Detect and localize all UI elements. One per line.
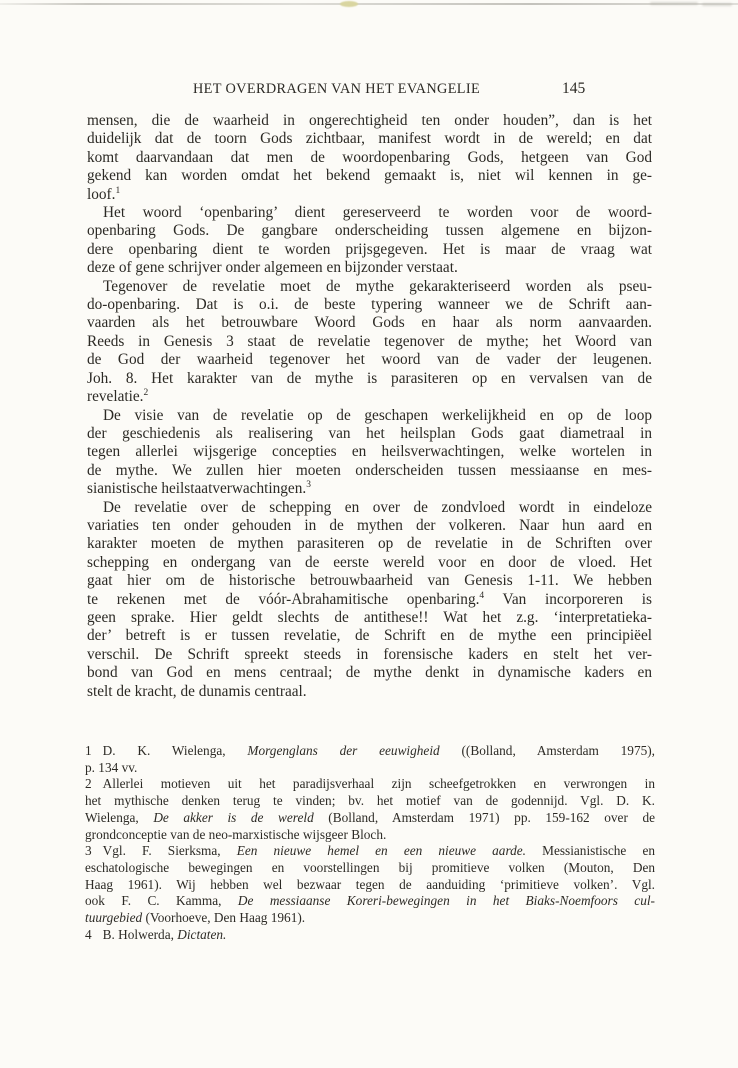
text-line: vaarden als het betrouwbare Woord Gods e… — [87, 314, 652, 332]
text-line: p. 134 vv. — [85, 760, 655, 777]
scan-edge-line — [0, 3, 738, 5]
paragraph: Tegenover de revelatie moet de mythe gek… — [87, 278, 652, 407]
text-line: der geschiedenis als realisering van het… — [87, 425, 652, 443]
text-line: ook F. C. Kamma, De messiaanse Koreri-be… — [85, 893, 655, 910]
text-line: gaat hier om de historische betrouwbaarh… — [87, 572, 652, 590]
book-page: HET OVERDRAGEN VAN HET EVANGELIE 145 men… — [0, 0, 738, 1068]
text-line: deze of gene schrijver onder algemeen en… — [87, 259, 652, 277]
italic-text: De messiaanse Koreri-bewegingen in het B… — [238, 893, 655, 908]
text-line: gekend kan worden omdat het bekend gemaa… — [87, 167, 652, 185]
italic-text: De akker is de wereld — [153, 810, 313, 825]
footnote-number: 2 — [85, 776, 92, 791]
text-line: tuurgebied (Voorhoeve, Den Haag 1961). — [85, 910, 655, 927]
text-line: schepping en ondergang van de eerste wer… — [87, 554, 652, 572]
text-line: De revelatie over de schepping en over d… — [87, 499, 652, 517]
italic-text: Morgenglans der eeuwigheid — [247, 743, 439, 758]
footnote-ref: 3 — [306, 480, 311, 490]
page-number: 145 — [562, 80, 585, 98]
scan-smudge — [650, 2, 698, 5]
footnote-ref: 2 — [143, 388, 148, 398]
text-line: sianistische heilstaatverwachtingen.3 — [87, 480, 652, 498]
italic-text: tuurgebied — [85, 910, 142, 925]
text-line: Het woord ‘openbaring’ dient gereserveer… — [87, 204, 652, 222]
text-line: loof.1 — [87, 186, 652, 204]
footnote-number: 3 — [85, 843, 92, 858]
text-line: tegen allerlei wijsgerige concepties en … — [87, 443, 652, 461]
text-line: Joh. 8. Het karakter van de mythe is par… — [87, 370, 652, 388]
paragraph: De revelatie over de schepping en over d… — [87, 499, 652, 701]
footnote-number: 4 — [85, 927, 92, 942]
text-line: geen sprake. Hier geldt slechts de antit… — [87, 609, 652, 627]
text-line: eschatologische bewegingen en voorstelli… — [85, 860, 655, 877]
text-line: Reeds in Genesis 3 staat de revelatie te… — [87, 333, 652, 351]
scan-artifact-blob — [340, 1, 358, 7]
text-line: 1D. K. Wielenga, Morgenglans der eeuwigh… — [85, 743, 655, 760]
text-line: komt daarvandaan dat men de woordopenbar… — [87, 149, 652, 167]
text-line: 2Allerlei motieven uit het paradijsverha… — [85, 776, 655, 793]
footnote: 4B. Holwerda, Dictaten. — [85, 927, 655, 944]
text-line: variaties ten onder gehouden in de mythe… — [87, 517, 652, 535]
text-line: de God der waarheid tegenover het woord … — [87, 351, 652, 369]
text-line: der’ betreft is er tussen revelatie, de … — [87, 627, 652, 645]
text-line: het mythische denken terug te vinden; bv… — [85, 793, 655, 810]
paragraph: mensen, die de waarheid in ongerechtighe… — [87, 112, 652, 204]
text-line: de mythe. We zullen hier moeten ondersch… — [87, 462, 652, 480]
paragraph: De visie van de revelatie op de geschape… — [87, 407, 652, 499]
footnote: 2Allerlei motieven uit het paradijsverha… — [85, 776, 655, 843]
text-line: verschil. De Schrift spreekt steeds in f… — [87, 646, 652, 664]
text-line: bond van God en mens centraal; de mythe … — [87, 664, 652, 682]
text-line: De visie van de revelatie op de geschape… — [87, 407, 652, 425]
text-line: 3Vgl. F. Sierksma, Een nieuwe hemel en e… — [85, 843, 655, 860]
text-line: dere openbaring dient te worden prijsgeg… — [87, 241, 652, 259]
body-text: mensen, die de waarheid in ongerechtighe… — [87, 112, 652, 701]
text-line: Wielenga, De akker is de wereld (Bolland… — [85, 810, 655, 827]
text-line: te rekenen met de vóór-Abrahamitische op… — [87, 591, 652, 609]
footnote-ref: 4 — [479, 590, 484, 600]
text-line: stelt de kracht, de dunamis centraal. — [87, 683, 652, 701]
scan-smudge — [702, 3, 732, 6]
text-line: Haag 1961). Wij hebben wel bezwaar tegen… — [85, 877, 655, 894]
text-line: karakter moeten de mythen parasiteren op… — [87, 535, 652, 553]
footnote: 1D. K. Wielenga, Morgenglans der eeuwigh… — [85, 743, 655, 776]
footnote-ref: 1 — [115, 186, 120, 196]
italic-text: Een nieuwe hemel en een nieuwe aarde. — [237, 843, 526, 858]
text-line: Tegenover de revelatie moet de mythe gek… — [87, 278, 652, 296]
text-line: do-openbaring. Dat is o.i. de beste type… — [87, 296, 652, 314]
text-line: revelatie.2 — [87, 388, 652, 406]
footnote: 3Vgl. F. Sierksma, Een nieuwe hemel en e… — [85, 843, 655, 927]
text-line: openbaring Gods. De gangbare onderscheid… — [87, 222, 652, 240]
text-line: duidelijk dat de toorn Gods zichtbaar, m… — [87, 130, 652, 148]
footnotes-section: 1D. K. Wielenga, Morgenglans der eeuwigh… — [85, 743, 655, 943]
italic-text: Dictaten. — [177, 927, 226, 942]
footnote-number: 1 — [85, 743, 92, 758]
paragraph: Het woord ‘openbaring’ dient gereserveer… — [87, 204, 652, 278]
text-line: 4B. Holwerda, Dictaten. — [85, 927, 655, 944]
running-header-title: HET OVERDRAGEN VAN HET EVANGELIE — [193, 81, 480, 98]
text-line: grondconceptie van de neo-marxistische w… — [85, 827, 655, 844]
text-line: mensen, die de waarheid in ongerechtighe… — [87, 112, 652, 130]
